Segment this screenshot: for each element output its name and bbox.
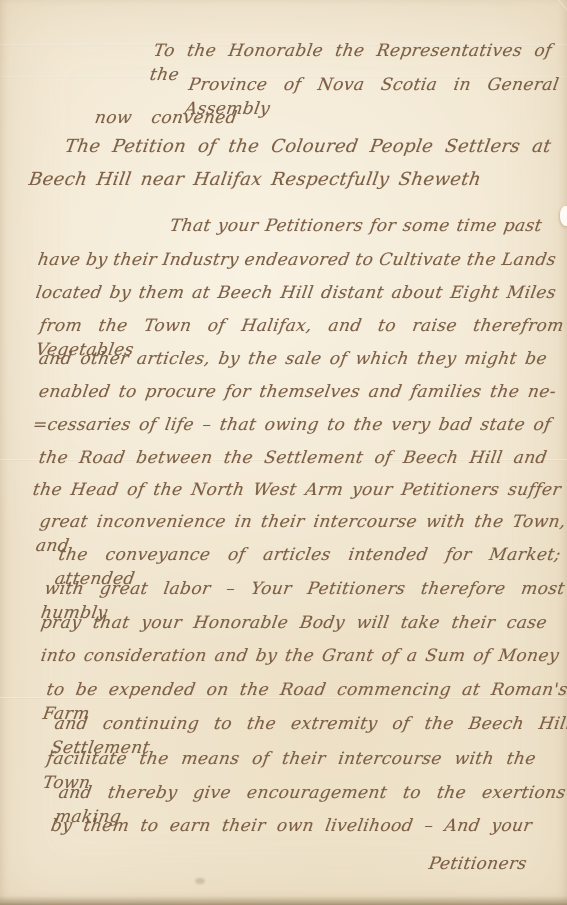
manuscript-page: To the Honorable the Representatives of … <box>0 0 567 905</box>
manuscript-line-title-2: Beech Hill near Halifax Respectfully She… <box>27 168 483 192</box>
manuscript-line-body: have by their Industry endeavored to Cul… <box>36 248 558 272</box>
manuscript-line-body: the Head of the North West Arm your Peti… <box>31 478 563 502</box>
paper-bottom-edge <box>0 896 567 905</box>
manuscript-line-signature: Petitioners <box>427 852 521 876</box>
manuscript-line-body: and other articles, by the sale of which… <box>37 347 549 371</box>
corner-fold-crease <box>498 0 567 32</box>
manuscript-line-body: That your Petitioners for some time past <box>168 214 544 238</box>
manuscript-line-body: =cessaries of life – that owing to the v… <box>31 413 553 437</box>
ink-smudge <box>195 878 205 884</box>
manuscript-line-title-1: The Petition of the Coloured People Sett… <box>63 135 553 159</box>
manuscript-line-address-2: Province of Nova Scotia in General Assem… <box>183 73 561 121</box>
manuscript-line-address-3: now convened <box>93 106 239 130</box>
manuscript-line-body: by them to earn their own livelihood – A… <box>49 814 534 838</box>
manuscript-line-body: the Road between the Settlement of Beech… <box>37 446 549 470</box>
manuscript-line-body: located by them at Beech Hill distant ab… <box>34 281 558 305</box>
manuscript-line-body: into consideration and by the Grant of a… <box>39 644 561 668</box>
paper-edge-notch <box>560 206 567 226</box>
manuscript-line-body: pray that your Honorable Body will take … <box>39 611 549 635</box>
manuscript-line-body: enabled to procure for themselves and fa… <box>37 380 558 404</box>
